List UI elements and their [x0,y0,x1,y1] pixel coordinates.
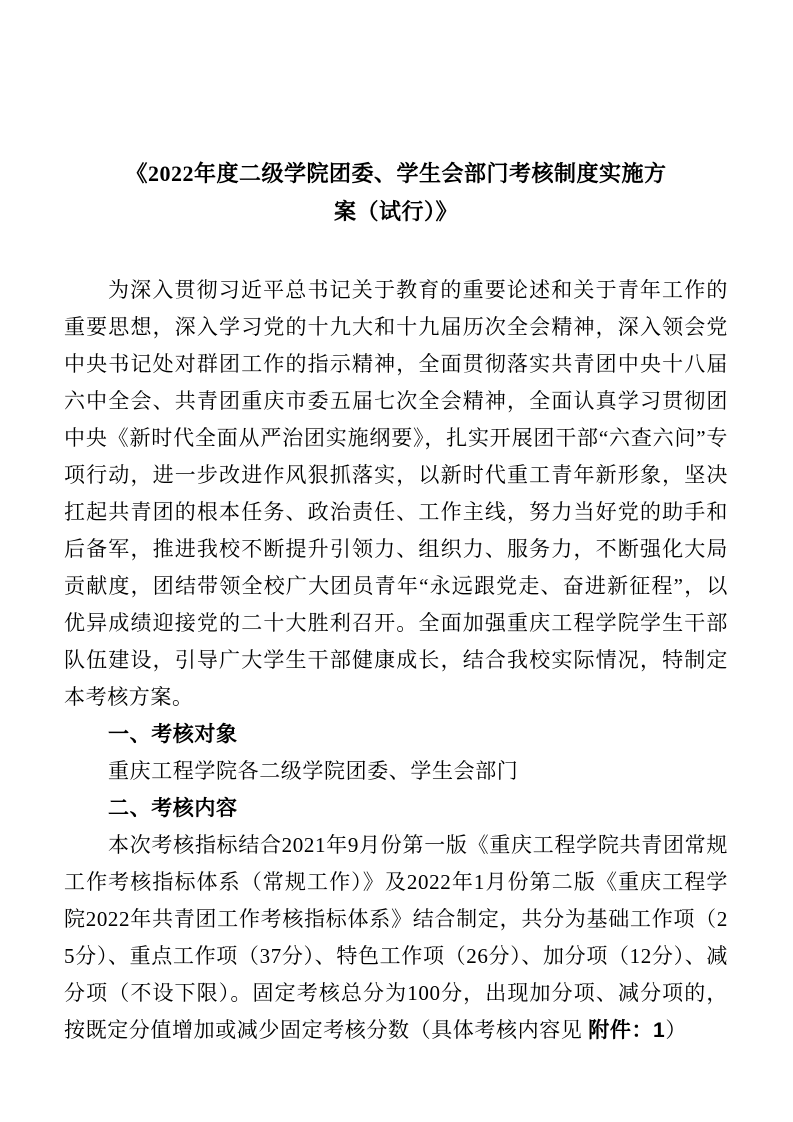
section-2-body-tail: ） [665,1018,687,1042]
document-page: 《2022年度二级学院团委、学生会部门考核制度实施方 案（试行）》 为深入贯彻习… [0,0,793,1122]
section-2-heading: 二、考核内容 [64,790,728,827]
attachment-reference: 附件：1 [588,1019,665,1042]
intro-paragraph: 为深入贯彻习近平总书记关于教育的重要论述和关于青年工作的重要思想，深入学习党的十… [64,272,728,716]
section-1-heading: 一、考核对象 [64,716,728,753]
section-2-body: 本次考核指标结合2021年9月份第一版《重庆工程学院共青团常规工作考核指标体系（… [64,827,728,1049]
document-title-line-1: 《2022年度二级学院团委、学生会部门考核制度实施方 [64,155,728,193]
section-2-body-text: 本次考核指标结合2021年9月份第一版《重庆工程学院共青团常规工作考核指标体系（… [64,833,728,1042]
document-title-line-2: 案（试行）》 [64,193,728,231]
section-1-body: 重庆工程学院各二级学院团委、学生会部门 [64,753,728,790]
document-title: 《2022年度二级学院团委、学生会部门考核制度实施方 案（试行）》 [64,155,728,231]
